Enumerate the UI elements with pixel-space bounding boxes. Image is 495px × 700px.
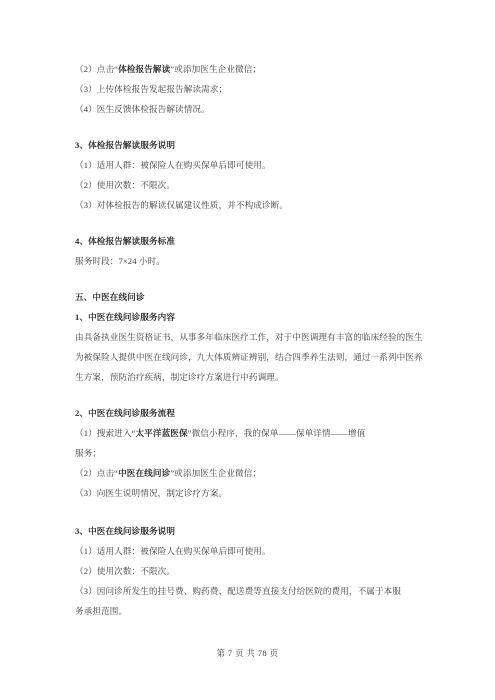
body-text: 为被保险人提供中医在线问诊，九大体质辨证辨别，结合四季养生法则，通过一系列中医养: [75, 352, 423, 362]
step-item: （3）上传体检报告发起报告解读需求；: [75, 79, 421, 99]
paragraph-line: 生方案，预防治疗疾病，制定诊疗方案进行中药调理。: [75, 367, 421, 387]
paragraph-line: 为被保险人提供中医在线问诊，九大体质辨证辨别，结合四季养生法则，通过一系列中医养: [75, 347, 421, 367]
section-heading: 4、体检报告解读服务标准: [75, 231, 421, 251]
step-text: （2）点击“: [75, 64, 118, 74]
page-number-text: 第 7 页 共 78 页: [216, 649, 278, 658]
chapter-heading: 五、中医在线问诊: [75, 287, 421, 307]
step-item: （2）使用次数：不限次。: [75, 561, 421, 581]
step-text: （1）适用人群：被保险人在购买保单后即可使用。: [75, 546, 271, 556]
document-page: （2）点击“体检报告解读”或添加医生企业微信； （3）上传体检报告发起报告解读需…: [0, 0, 495, 700]
step-text: （2）使用次数：不限次。: [75, 566, 175, 576]
step-item: （2）使用次数：不限次。: [75, 175, 421, 195]
step-text: ”或添加医生企业微信；: [170, 64, 261, 74]
heading-text: 3、体检报告解读服务说明: [75, 140, 175, 150]
service-name-highlight: 体检报告解读: [118, 64, 170, 74]
step-text: （3）上传体检报告发起报告解读需求；: [75, 84, 227, 94]
step-item: （4）医生反馈体检报告解读情况。: [75, 99, 421, 119]
heading-text: 4、体检报告解读服务标准: [75, 236, 175, 246]
step-item: （1）适用人群：被保险人在购买保单后即可使用。: [75, 155, 421, 175]
app-name-highlight: 太平洋蓝医保: [135, 428, 187, 438]
paragraph-line: 由具备执业医生资格证书，从事多年临床医疗工作，对于中医调理有丰富的临床经验的医生: [75, 327, 421, 347]
step-item: （1）适用人群：被保险人在购买保单后即可使用。: [75, 541, 421, 561]
step-text: （2）使用次数：不限次。: [75, 180, 175, 190]
step-item-wrap: 服务；: [75, 443, 421, 463]
step-text: （1）搜索进入“: [75, 428, 135, 438]
step-text: （3）向医生说明情况，制定诊疗方案。: [75, 488, 227, 498]
section-heading: 3、中医在线问诊服务说明: [75, 521, 421, 541]
step-item: （3）向医生说明情况，制定诊疗方案。: [75, 483, 421, 503]
body-text: 生方案，预防治疗疾病，制定诊疗方案进行中药调理。: [75, 372, 284, 382]
body-text: 服务时段：7×24 小时。: [75, 256, 165, 266]
step-item: （3）对体检报告的解读仅属建议性质，并不构成诊断。: [75, 195, 421, 215]
body-text: 由具备执业医生资格证书，从事多年临床医疗工作，对于中医调理有丰富的临床经验的医生: [75, 332, 423, 342]
document-body: （2）点击“体检报告解读”或添加医生企业微信； （3）上传体检报告发起报告解读需…: [75, 59, 421, 621]
step-item: （2）点击“中医在线问诊”或添加医生企业微信；: [75, 463, 421, 483]
step-text: ”微信小程序，我的保单——保单详情——增值: [188, 428, 366, 438]
step-text: （2）点击“: [75, 468, 118, 478]
service-name-highlight: 中医在线问诊: [118, 468, 170, 478]
step-item: （3）因问诊所发生的挂号费、购药费、配送费等直接支付给医院的费用，不属于本服: [75, 581, 421, 601]
heading-text: 五、中医在线问诊: [75, 292, 145, 302]
step-text: 务承担范围。: [75, 606, 127, 616]
step-text: 服务；: [75, 448, 101, 458]
step-text: ”或添加医生企业微信；: [170, 468, 261, 478]
step-text: （3）因问诊所发生的挂号费、购药费、配送费等直接支付给医院的费用，不属于本服: [75, 586, 401, 596]
section-heading: 1、中医在线问诊服务内容: [75, 307, 421, 327]
step-item-wrap: 务承担范围。: [75, 601, 421, 621]
heading-text: 2、中医在线问诊服务流程: [75, 408, 175, 418]
step-item: （1）搜索进入“太平洋蓝医保”微信小程序，我的保单——保单详情——增值: [75, 423, 421, 443]
step-text: （1）适用人群：被保险人在购买保单后即可使用。: [75, 160, 271, 170]
section-heading: 2、中医在线问诊服务流程: [75, 403, 421, 423]
step-item: （2）点击“体检报告解读”或添加医生企业微信；: [75, 59, 421, 79]
page-number-footer: 第 7 页 共 78 页: [0, 644, 495, 664]
step-text: （3）对体检报告的解读仅属建议性质，并不构成诊断。: [75, 200, 288, 210]
section-heading: 3、体检报告解读服务说明: [75, 135, 421, 155]
step-text: （4）医生反馈体检报告解读情况。: [75, 104, 210, 114]
heading-text: 3、中医在线问诊服务说明: [75, 526, 175, 536]
body-line: 服务时段：7×24 小时。: [75, 251, 421, 271]
heading-text: 1、中医在线问诊服务内容: [75, 312, 175, 322]
